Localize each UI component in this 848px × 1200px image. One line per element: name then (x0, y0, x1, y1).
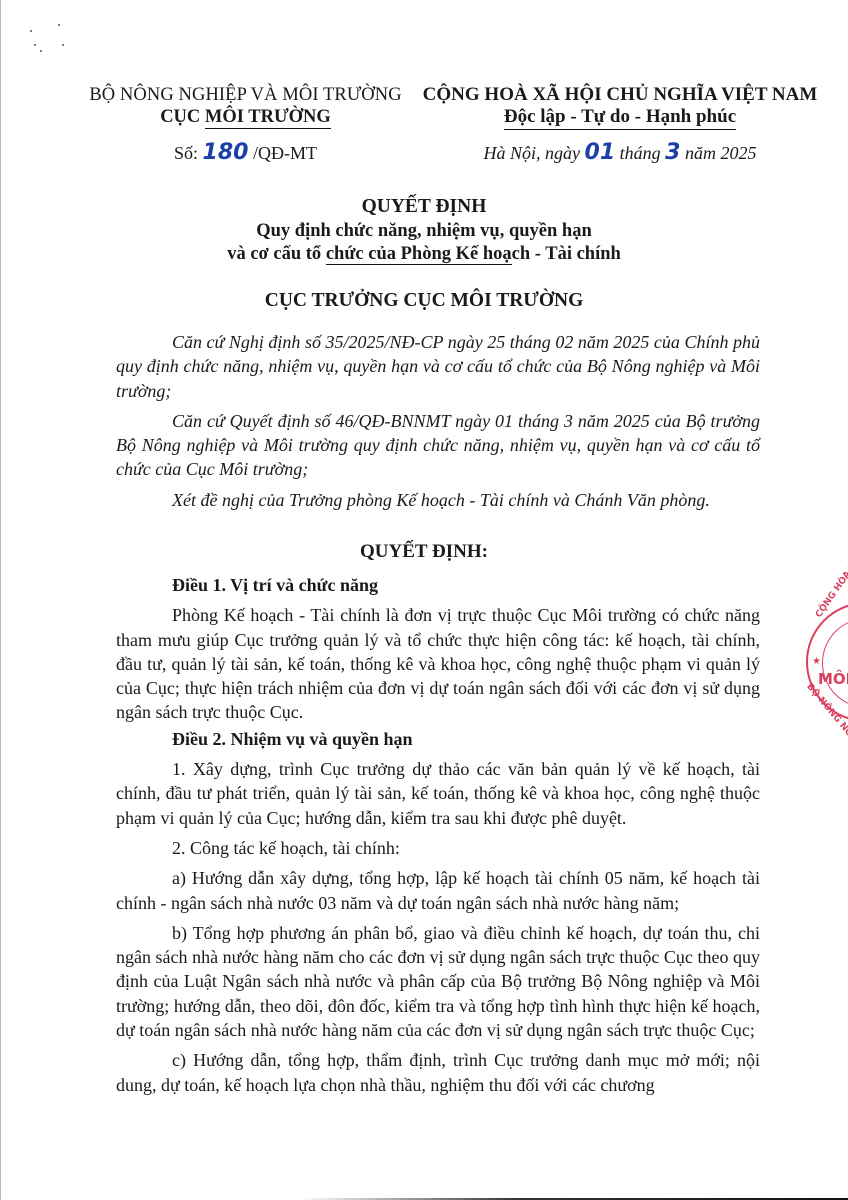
article-1-text: Phòng Kế hoạch - Tài chính là đơn vị trự… (116, 603, 760, 724)
nation-title: CỘNG HOÀ XÃ HỘI CHỦ NGHĨA VIỆT NAM (410, 84, 830, 106)
document-number: Số: 180 /QĐ-MT (88, 140, 403, 165)
article-2-title: Điều 2. Nhiệm vụ và quyền hạn (116, 727, 760, 751)
article-2-item-1: 1. Xây dựng, trình Cục trưởng dự thảo cá… (116, 757, 760, 830)
motto-text: Độc lập - Tự do - Hạnh phúc (504, 106, 736, 130)
article-2-item-2c: c) Hướng dẫn, tổng hợp, thẩm định, trình… (116, 1048, 760, 1097)
department-underlined: MÔI TRƯỜNG (205, 107, 331, 129)
doc-number-label: Số: (174, 143, 203, 163)
subject-line-2: và cơ cấu tổ chức của Phòng Kế hoạch - T… (0, 244, 848, 265)
scan-left-edge (0, 0, 1, 1200)
article-2-item-2b: b) Tổng hợp phương án phân bổ, giao và đ… (116, 921, 760, 1042)
national-motto: Độc lập - Tự do - Hạnh phúc (410, 106, 830, 128)
decision-heading: QUYẾT ĐỊNH: (0, 541, 848, 563)
article-2-item-2a: a) Hướng dẫn xây dựng, tổng hợp, lập kế … (116, 866, 760, 915)
subject-line-2-part-a: và cơ cấu tổ (227, 244, 326, 264)
handwritten-day: 01 (585, 140, 616, 165)
doc-number-suffix: /QĐ-MT (248, 143, 317, 163)
subject-line-2-underlined: chức của Phòng Kế hoạ (326, 244, 512, 265)
subject-line-2-part-b: ch - Tài chính (512, 244, 621, 264)
document-page: BỘ NÔNG NGHIỆP VÀ MÔI TRƯỜNG CỤC MÔI TRƯ… (0, 0, 848, 1200)
handwritten-month: 3 (665, 140, 680, 165)
handwritten-doc-number: 180 (203, 140, 249, 165)
official-seal-stamp: CỘNG HÒA X ★ C MÔI BỘ NÔNG NG (806, 602, 848, 722)
date-suffix: năm 2025 (680, 143, 756, 163)
department-prefix: CỤC (160, 107, 205, 127)
subject-line-1: Quy định chức năng, nhiệm vụ, quyền hạn (0, 221, 848, 242)
preamble-basis-1: Căn cứ Nghị định số 35/2025/NĐ-CP ngày 2… (116, 330, 760, 403)
date-month-label: tháng (615, 143, 665, 163)
document-date: Hà Nội, ngày 01 tháng 3 năm 2025 (410, 140, 830, 165)
article-1-title: Điều 1. Vị trí và chức năng (116, 573, 760, 597)
star-icon: ★ (812, 656, 821, 667)
scan-specks (28, 20, 78, 60)
seal-middle-text: MÔI (818, 670, 848, 688)
document-type-heading: QUYẾT ĐỊNH (0, 196, 848, 218)
national-header-block: CỘNG HOÀ XÃ HỘI CHỦ NGHĨA VIỆT NAM Độc l… (410, 84, 830, 128)
department-name: CỤC MÔI TRƯỜNG (88, 106, 403, 128)
issuing-authority: CỤC TRƯỞNG CỤC MÔI TRƯỜNG (0, 290, 848, 312)
preamble-proposal: Xét đề nghị của Trưởng phòng Kế hoạch - … (116, 488, 760, 512)
date-prefix: Hà Nội, ngày (484, 143, 585, 163)
preamble-basis-2: Căn cứ Quyết định số 46/QĐ-BNNMT ngày 01… (116, 409, 760, 482)
issuing-agency-block: BỘ NÔNG NGHIỆP VÀ MÔI TRƯỜNG CỤC MÔI TRƯ… (88, 84, 403, 128)
preamble: Căn cứ Nghị định số 35/2025/NĐ-CP ngày 2… (116, 330, 760, 518)
articles: Điều 1. Vị trí và chức năng Phòng Kế hoạ… (116, 573, 760, 1103)
seal-inner-ring (822, 618, 848, 708)
ministry-name: BỘ NÔNG NGHIỆP VÀ MÔI TRƯỜNG (88, 84, 403, 106)
article-2-item-2: 2. Công tác kế hoạch, tài chính: (116, 836, 760, 860)
seal-top-text: CỘNG HÒA X (814, 561, 848, 619)
